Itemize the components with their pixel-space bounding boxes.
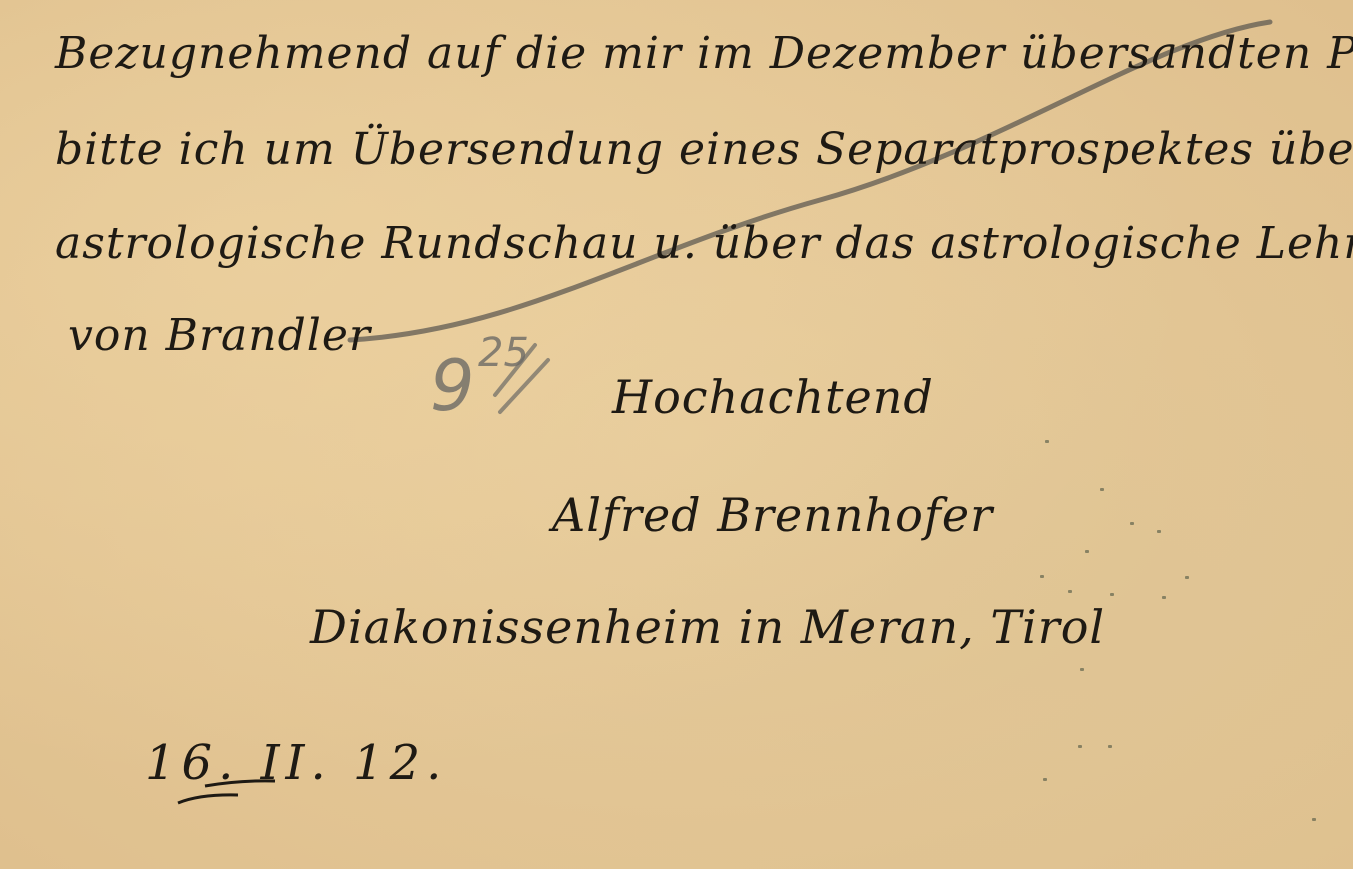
sender-address: Diakonissenheim in Meran, Tirol: [310, 600, 1105, 654]
letter-line-4: von Brandler: [68, 310, 371, 361]
closing-salutation: Hochachtend: [612, 370, 934, 424]
letter-line-1: Bezugnehmend auf die mir im Dezember übe…: [55, 28, 1353, 79]
letter-date: 16. II. 12.: [145, 735, 447, 791]
letter-line-2: bitte ich um Übersendung eines Separatpr…: [55, 124, 1353, 175]
signature: Alfred Brennhofer: [552, 488, 993, 542]
pencil-annotation-superscript: 25: [478, 330, 529, 376]
pencil-annotation-number: 9: [430, 345, 475, 427]
letter-line-3: astrologische Rundschau u. über das astr…: [55, 218, 1353, 269]
